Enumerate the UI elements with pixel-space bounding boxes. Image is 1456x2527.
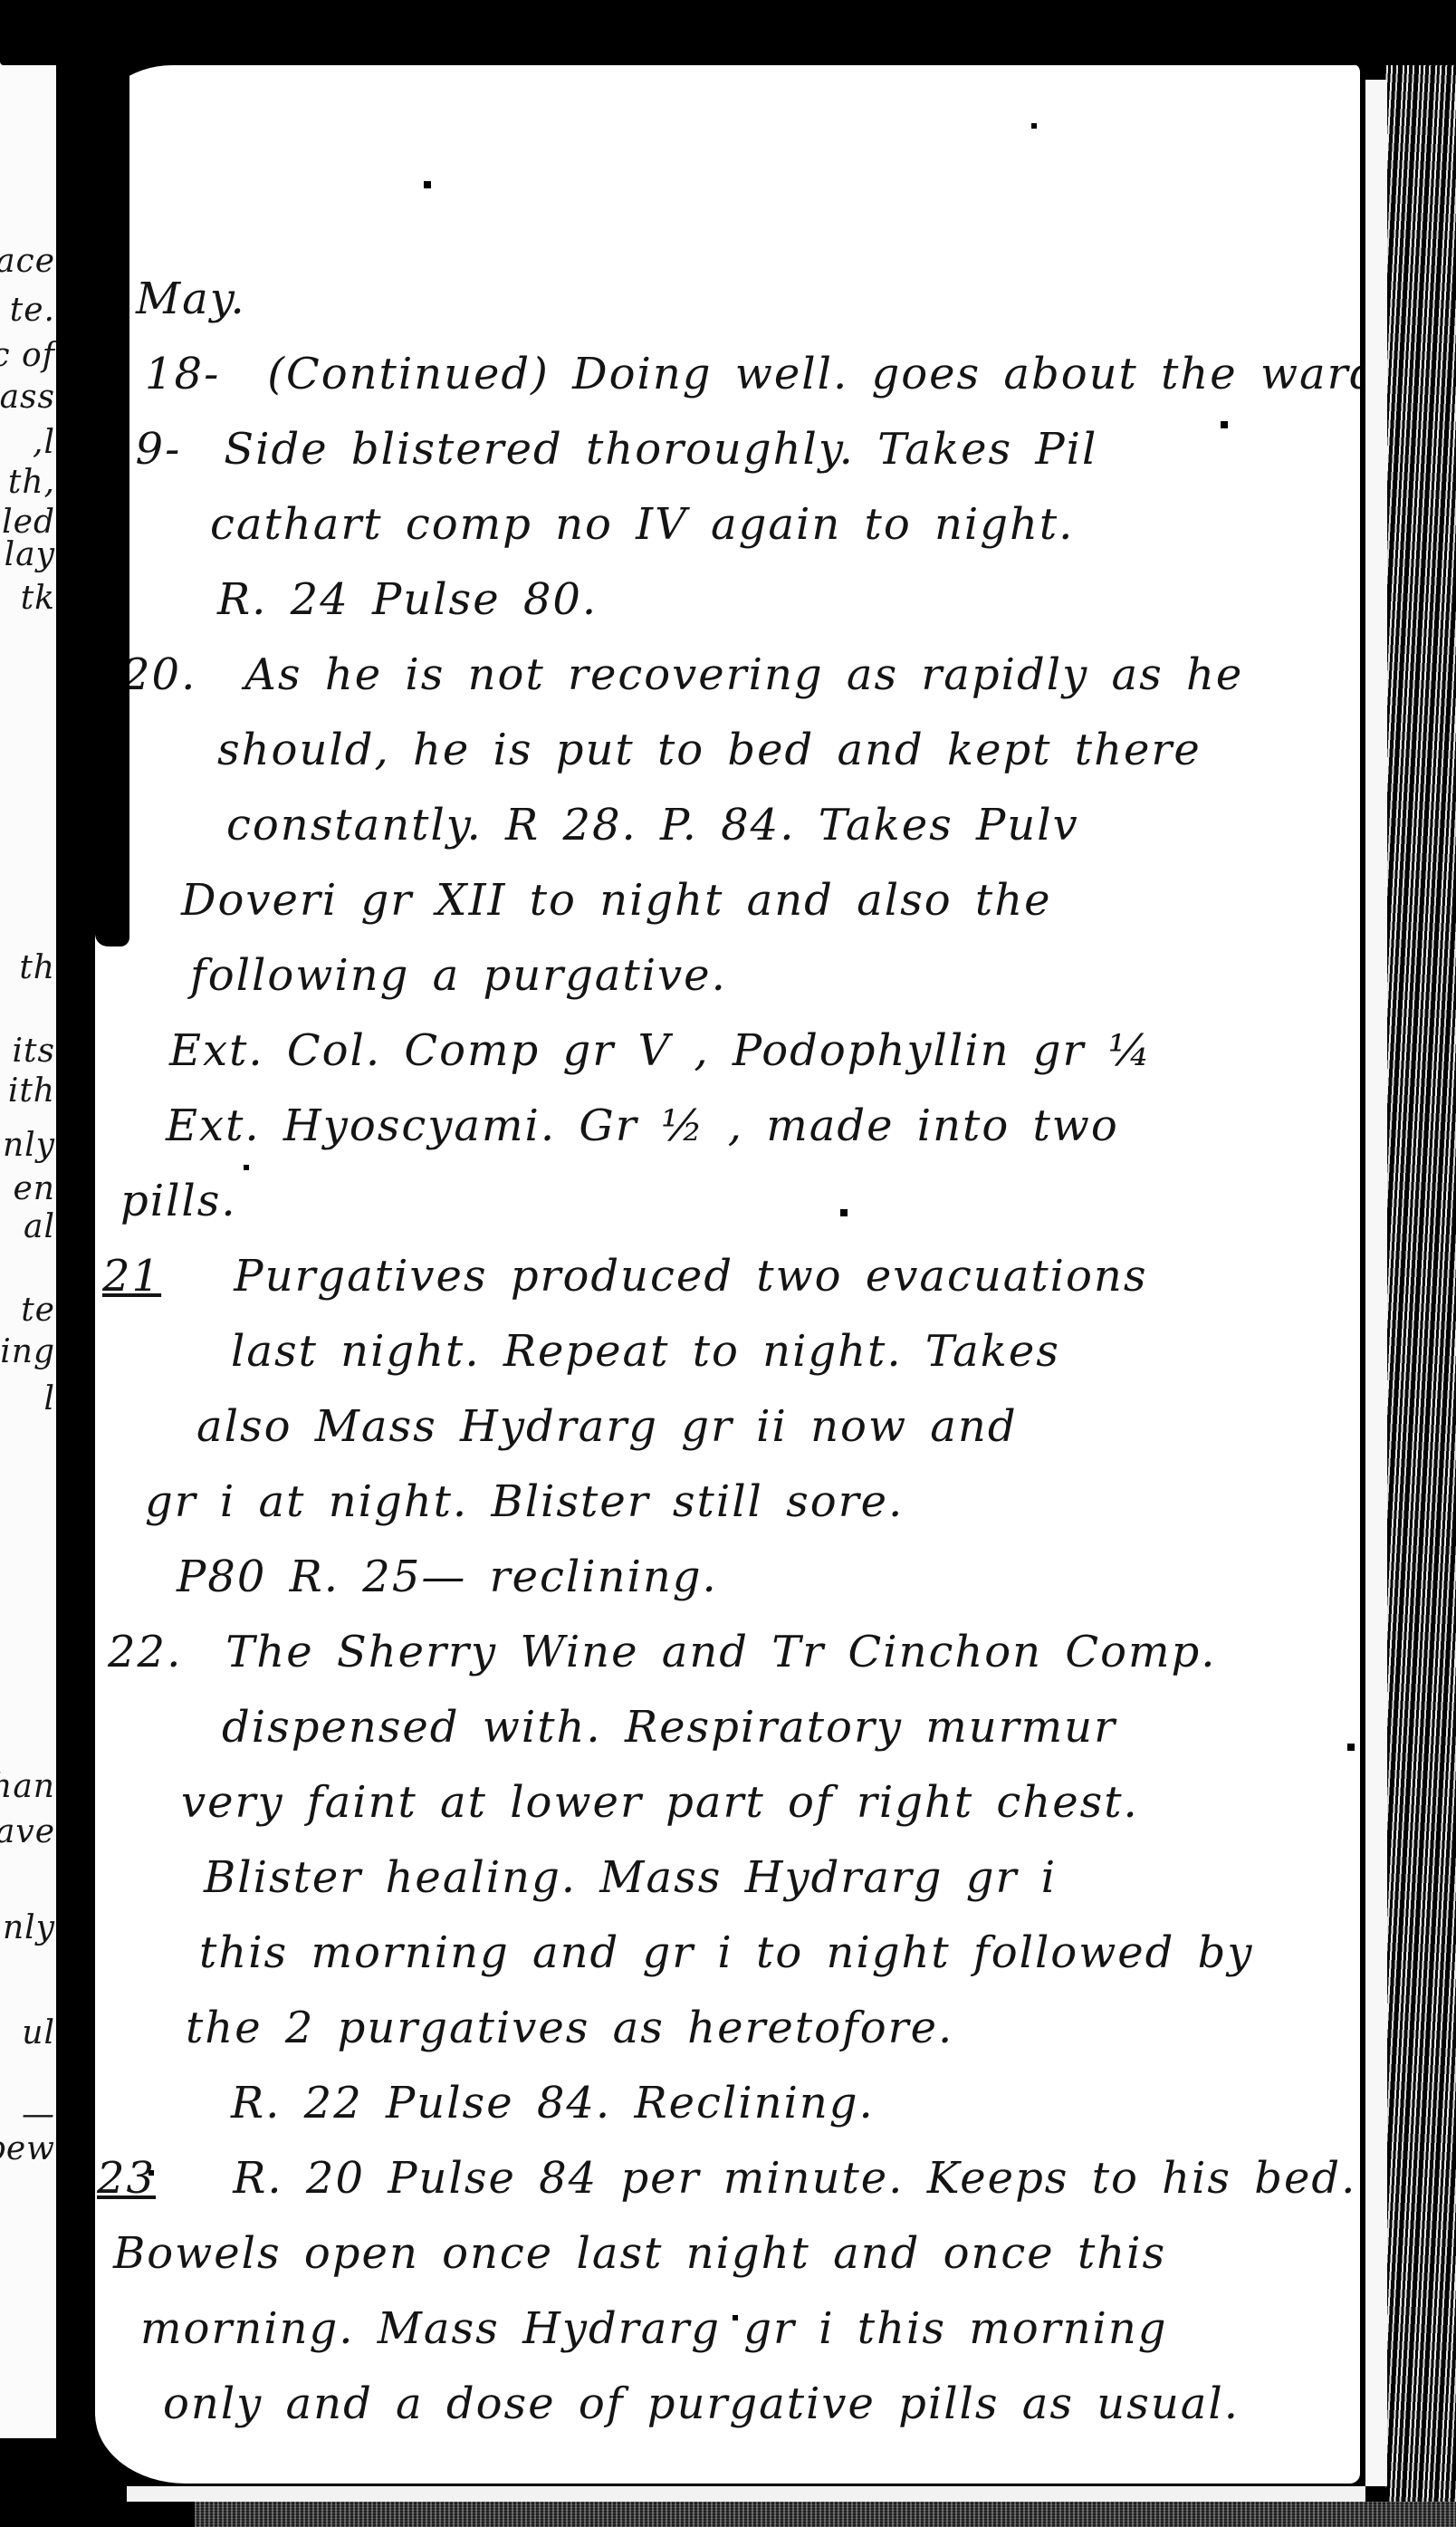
entry-text: Purgatives produced two evacuations: [234, 1251, 1147, 1302]
entry-text: should, he is put to bed and kept there: [217, 725, 1202, 775]
entry-line: morning. Mass Hydrarg gr i this morning: [95, 2292, 1360, 2367]
entry-text: cathart comp no IV again to night.: [210, 499, 1074, 550]
margin-fragment: nly: [3, 1909, 55, 1946]
margin-fragment: surface: [0, 243, 55, 280]
journal-scan: surface te. bc of Mass ,l th, ibled lay …: [0, 0, 1456, 2527]
margin-fragment: than: [0, 1768, 55, 1805]
margin-fragment: tk: [21, 580, 55, 617]
entry-line: the 2 purgatives as heretofore.: [95, 1991, 1360, 2066]
month-header: May.: [95, 262, 1360, 337]
margin-fragment: bc of: [0, 337, 55, 374]
margin-fragment: th: [19, 949, 55, 986]
entry-line: also Mass Hydrarg gr ii now and: [95, 1389, 1360, 1465]
entry-text: P80 R. 25— reclining.: [177, 1552, 718, 1602]
entry-line: should, he is put to bed and kept there: [95, 713, 1360, 788]
entry-day-number: 21: [102, 1239, 211, 1314]
margin-fragment: lay: [5, 536, 55, 573]
entry-text: R. 22 Pulse 84. Reclining.: [231, 2078, 875, 2128]
entry-text: morning. Mass Hydrarg gr i this morning: [140, 2303, 1168, 2354]
entry-day-number: 18-: [145, 337, 244, 412]
margin-fragment: Mass: [0, 379, 55, 416]
entry-text: the 2 purgatives as heretofore.: [186, 2003, 953, 2053]
entry-line: this morning and gr i to night followed …: [95, 1916, 1360, 1991]
margin-fragment: ,l: [33, 424, 55, 461]
entry-text: this morning and gr i to night followed …: [199, 1927, 1254, 1978]
entry-line: last night. Repeat to night. Takes: [95, 1314, 1360, 1389]
margin-fragment: te: [21, 1292, 55, 1329]
margin-fragment: —: [22, 2096, 55, 2133]
entry-text: As he is not recovering as rapidly as he: [244, 649, 1243, 700]
month-header-label: May.: [136, 274, 246, 324]
manuscript-page: May. 18- (Continued) Doing well. goes ab…: [95, 65, 1363, 2486]
page-bottom-gap: [127, 2486, 1365, 2502]
entry-text: Blister healing. Mass Hydrarg gr i: [204, 1852, 1057, 1903]
entry-text: also Mass Hydrarg gr ii now and: [196, 1401, 1018, 1452]
margin-fragment: al: [24, 1208, 55, 1245]
entry-line: dispensed with. Respiratory murmur: [95, 1690, 1360, 1765]
manuscript-text: May. 18- (Continued) Doing well. goes ab…: [95, 262, 1360, 2442]
margin-fragment: its: [13, 1033, 55, 1070]
margin-fragment: ul: [22, 2014, 55, 2051]
margin-fragment: have: [0, 1813, 55, 1850]
entry-text: Doveri gr XII to night and also the: [181, 875, 1052, 926]
entry-text: following a purgative.: [190, 950, 727, 1001]
scanner-bed-band: [195, 2502, 1456, 2527]
entry-line: only and a dose of purgative pills as us…: [95, 2367, 1360, 2442]
entry-line: constantly. R 28. P. 84. Takes Pulv: [95, 788, 1360, 863]
entry-line: Ext. Hyoscyami. Gr ½ , made into two: [95, 1089, 1360, 1164]
top-edge-band: [0, 0, 1456, 65]
entry-text: R. 24 Pulse 80.: [217, 574, 598, 625]
entry-line: 18- (Continued) Doing well. goes about t…: [95, 337, 1360, 412]
entry-line: 23 R. 20 Pulse 84 per minute. Keeps to h…: [95, 2141, 1360, 2216]
entry-text: only and a dose of purgative pills as us…: [163, 2378, 1240, 2429]
entry-text: The Sherry Wine and Tr Cinchon Comp.: [225, 1627, 1216, 1677]
margin-fragment: l: [43, 1380, 55, 1417]
facing-page-strip: surface te. bc of Mass ,l th, ibled lay …: [0, 47, 56, 2438]
entry-text: last night. Repeat to night. Takes: [231, 1326, 1060, 1377]
entry-text: R. 20 Pulse 84 per minute. Keeps to his …: [233, 2153, 1356, 2204]
entry-text: Side blistered thoroughly. Takes Pil: [224, 424, 1097, 475]
entry-line: 19- Side blistered thoroughly. Takes Pil: [95, 412, 1360, 487]
entry-line: very faint at lower part of right chest.: [95, 1765, 1360, 1840]
entry-line: P80 R. 25— reclining.: [95, 1540, 1360, 1615]
entry-text: (Continued) Doing well. goes about the w…: [267, 349, 1363, 399]
page-right-gap: [1365, 80, 1387, 2486]
entry-line: R. 24 Pulse 80.: [95, 562, 1360, 638]
margin-fragment: ith: [8, 1072, 55, 1110]
entry-line: pills.: [95, 1164, 1360, 1239]
margin-fragment: Spew: [0, 2130, 55, 2167]
entry-line: R. 22 Pulse 84. Reclining.: [95, 2066, 1360, 2141]
entry-text: Bowels open once last night and once thi…: [113, 2228, 1166, 2279]
entry-text: Ext. Col. Comp gr V , Podophyllin gr ¼: [169, 1025, 1152, 1076]
entry-text: gr i at night. Blister still sore.: [145, 1476, 904, 1527]
margin-fragment: nly: [3, 1127, 55, 1164]
entry-line: Doveri gr XII to night and also the: [95, 863, 1360, 938]
entry-line: Bowels open once last night and once thi…: [95, 2216, 1360, 2292]
entry-line: cathart comp no IV again to night.: [95, 487, 1360, 562]
margin-fragment: en: [14, 1170, 56, 1207]
margin-fragment: th,: [8, 464, 55, 501]
entry-text: pills.: [120, 1176, 237, 1226]
entry-line: 21 Purgatives produced two evacuations: [95, 1239, 1360, 1314]
page-edge-striations: [1385, 0, 1456, 2527]
entry-line: following a purgative.: [95, 938, 1360, 1014]
entry-text: very faint at lower part of right chest.: [181, 1777, 1139, 1828]
entry-text: dispensed with. Respiratory murmur: [222, 1702, 1116, 1753]
entry-line: 22. The Sherry Wine and Tr Cinchon Comp.: [95, 1615, 1360, 1690]
entry-line: 20. As he is not recovering as rapidly a…: [95, 638, 1360, 713]
margin-fragment: te.: [10, 292, 55, 329]
gutter-shadow: [95, 0, 129, 946]
entry-line: gr i at night. Blister still sore.: [95, 1465, 1360, 1540]
entry-day-number: 23: [97, 2141, 210, 2216]
entry-line: Ext. Col. Comp gr V , Podophyllin gr ¼: [95, 1014, 1360, 1089]
entry-text: constantly. R 28. P. 84. Takes Pulv: [226, 800, 1079, 850]
margin-fragment: ving: [0, 1333, 55, 1370]
margin-fragment: ibled: [0, 504, 55, 541]
entry-line: Blister healing. Mass Hydrarg gr i: [95, 1840, 1360, 1916]
entry-text: Ext. Hyoscyami. Gr ½ , made into two: [166, 1100, 1119, 1151]
entry-day-number: 20.: [122, 638, 222, 713]
entry-day-number: 22.: [108, 1615, 203, 1690]
